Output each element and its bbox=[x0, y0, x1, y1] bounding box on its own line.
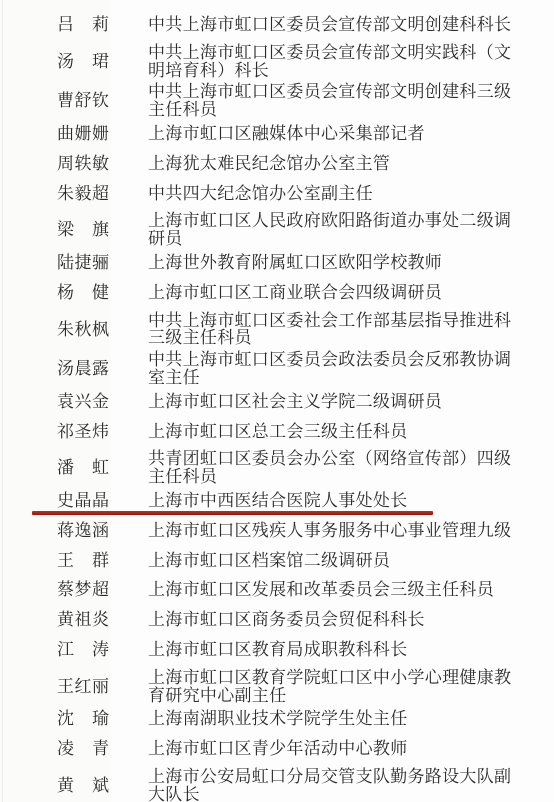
person-position: 上海市虹口区融媒体中心采集部记者 bbox=[148, 125, 514, 143]
person-position: 上海世外教育附属虹口区欧阳学校教师 bbox=[148, 254, 514, 272]
person-position: 中共上海市虹口区委员会宣传部文明创建科科长 bbox=[148, 16, 514, 34]
person-position: 上海市虹口区人民政府欧阳路街道办事处二级调研员 bbox=[148, 212, 514, 248]
person-name: 梁 旗 bbox=[57, 221, 111, 239]
person-position: 上海市虹口区总工会三级主任科员 bbox=[148, 423, 514, 441]
person-name: 朱毅超 bbox=[57, 185, 111, 203]
list-item: 蒋逸涵 上海市虹口区残疾人事务服务中心事业管理九级 bbox=[0, 522, 554, 540]
person-position: 上海市虹口区教育学院虹口区中小学心理健康教育研究中心副主任 bbox=[148, 669, 514, 705]
person-name: 杨 健 bbox=[57, 284, 111, 302]
list-item: 黄 斌 上海市公安局虹口分局交管支队勤务路设大队副大队长 bbox=[0, 768, 554, 802]
list-item: 朱秋枫 中共上海市虹口区委社会工作部基层指导推进科三级主任科员 bbox=[0, 312, 554, 348]
list-item: 祁圣炜 上海市虹口区总工会三级主任科员 bbox=[0, 423, 554, 441]
person-name: 朱秋枫 bbox=[57, 321, 111, 339]
list-item: 蔡梦超 上海市虹口区发展和改革委员会三级主任科员 bbox=[0, 581, 554, 599]
person-name: 王红丽 bbox=[57, 678, 111, 696]
person-name: 曲姗姗 bbox=[57, 125, 111, 143]
person-name: 江 涛 bbox=[57, 641, 111, 659]
list-item: 潘 虹 共青团虹口区委员会办公室（网络宣传部）四级主任科员 bbox=[0, 450, 554, 486]
scanned-document-page: 吕 莉 中共上海市虹口区委员会宣传部文明创建科科长 汤 珺 中共上海市虹口区委员… bbox=[0, 0, 554, 802]
list-item: 王 群 上海市虹口区档案馆二级调研员 bbox=[0, 552, 554, 570]
list-item: 江 涛 上海市虹口区教育局成职教科科长 bbox=[0, 641, 554, 659]
list-item: 沈 瑜 上海南湖职业技术学院学生处主任 bbox=[0, 710, 554, 728]
person-position: 上海市虹口区社会主义学院二级调研员 bbox=[148, 393, 514, 411]
person-position: 上海市中西医结合医院人事处处长 bbox=[148, 492, 514, 510]
list-item: 陆捷骊 上海世外教育附属虹口区欧阳学校教师 bbox=[0, 254, 554, 272]
person-name: 黄 斌 bbox=[57, 777, 111, 795]
person-name: 陆捷骊 bbox=[57, 254, 111, 272]
person-name: 袁兴金 bbox=[57, 393, 111, 411]
person-name: 蔡梦超 bbox=[57, 581, 111, 599]
list-item: 周轶敏 上海犹太难民纪念馆办公室主管 bbox=[0, 155, 554, 173]
person-position: 共青团虹口区委员会办公室（网络宣传部）四级主任科员 bbox=[148, 450, 514, 486]
person-position: 中共上海市虹口区委员会宣传部文明创建科三级主任科员 bbox=[148, 83, 514, 119]
red-underline-annotation bbox=[32, 511, 433, 515]
person-position: 中共上海市虹口区委员会政法委员会反邪教协调室主任 bbox=[148, 351, 514, 387]
person-position: 上海南湖职业技术学院学生处主任 bbox=[148, 710, 514, 728]
person-position: 上海市虹口区档案馆二级调研员 bbox=[148, 552, 514, 570]
person-name: 曹舒钦 bbox=[57, 92, 111, 110]
person-name: 凌 青 bbox=[57, 740, 111, 758]
roster-list: 吕 莉 中共上海市虹口区委员会宣传部文明创建科科长 汤 珺 中共上海市虹口区委员… bbox=[0, 16, 554, 802]
list-item: 曲姗姗 上海市虹口区融媒体中心采集部记者 bbox=[0, 125, 554, 143]
person-position: 中共四大纪念馆办公室副主任 bbox=[148, 185, 514, 203]
person-position: 上海市虹口区商务委员会贸促科科长 bbox=[148, 611, 514, 629]
person-position: 上海市虹口区工商业联合会四级调研员 bbox=[148, 284, 514, 302]
person-name: 汤晨露 bbox=[57, 360, 111, 378]
list-item: 吕 莉 中共上海市虹口区委员会宣传部文明创建科科长 bbox=[0, 16, 554, 34]
person-position: 上海市虹口区发展和改革委员会三级主任科员 bbox=[148, 581, 514, 599]
person-name: 史晶晶 bbox=[57, 492, 111, 510]
list-item: 黄祖炎 上海市虹口区商务委员会贸促科科长 bbox=[0, 611, 554, 629]
person-name: 吕 莉 bbox=[57, 16, 111, 34]
person-name: 汤 珺 bbox=[57, 53, 111, 71]
person-name: 潘 虹 bbox=[57, 459, 111, 477]
person-name: 黄祖炎 bbox=[57, 611, 111, 629]
person-position: 上海市虹口区残疾人事务服务中心事业管理九级 bbox=[148, 522, 514, 540]
list-item: 梁 旗 上海市虹口区人民政府欧阳路街道办事处二级调研员 bbox=[0, 212, 554, 248]
list-item: 王红丽 上海市虹口区教育学院虹口区中小学心理健康教育研究中心副主任 bbox=[0, 669, 554, 705]
person-name: 周轶敏 bbox=[57, 155, 111, 173]
person-position: 上海市公安局虹口分局交管支队勤务路设大队副大队长 bbox=[148, 768, 514, 802]
person-position: 上海犹太难民纪念馆办公室主管 bbox=[148, 155, 514, 173]
list-item: 汤晨露 中共上海市虹口区委员会政法委员会反邪教协调室主任 bbox=[0, 351, 554, 387]
person-name: 王 群 bbox=[57, 552, 111, 570]
person-position: 上海市虹口区教育局成职教科科长 bbox=[148, 641, 514, 659]
list-item: 曹舒钦 中共上海市虹口区委员会宣传部文明创建科三级主任科员 bbox=[0, 83, 554, 119]
person-position: 中共上海市虹口区委员会宣传部文明实践科（文明培育科）科长 bbox=[148, 44, 514, 80]
person-position: 上海市虹口区青少年活动中心教师 bbox=[148, 740, 514, 758]
person-name: 蒋逸涵 bbox=[57, 522, 111, 540]
person-name: 沈 瑜 bbox=[57, 710, 111, 728]
list-item: 朱毅超 中共四大纪念馆办公室副主任 bbox=[0, 185, 554, 203]
person-name: 祁圣炜 bbox=[57, 423, 111, 441]
list-item: 汤 珺 中共上海市虹口区委员会宣传部文明实践科（文明培育科）科长 bbox=[0, 44, 554, 80]
list-item: 凌 青 上海市虹口区青少年活动中心教师 bbox=[0, 740, 554, 758]
list-item: 史晶晶 上海市中西医结合医院人事处处长 bbox=[0, 492, 554, 510]
list-item: 袁兴金 上海市虹口区社会主义学院二级调研员 bbox=[0, 393, 554, 411]
person-position: 中共上海市虹口区委社会工作部基层指导推进科三级主任科员 bbox=[148, 312, 514, 348]
list-item: 杨 健 上海市虹口区工商业联合会四级调研员 bbox=[0, 284, 554, 302]
